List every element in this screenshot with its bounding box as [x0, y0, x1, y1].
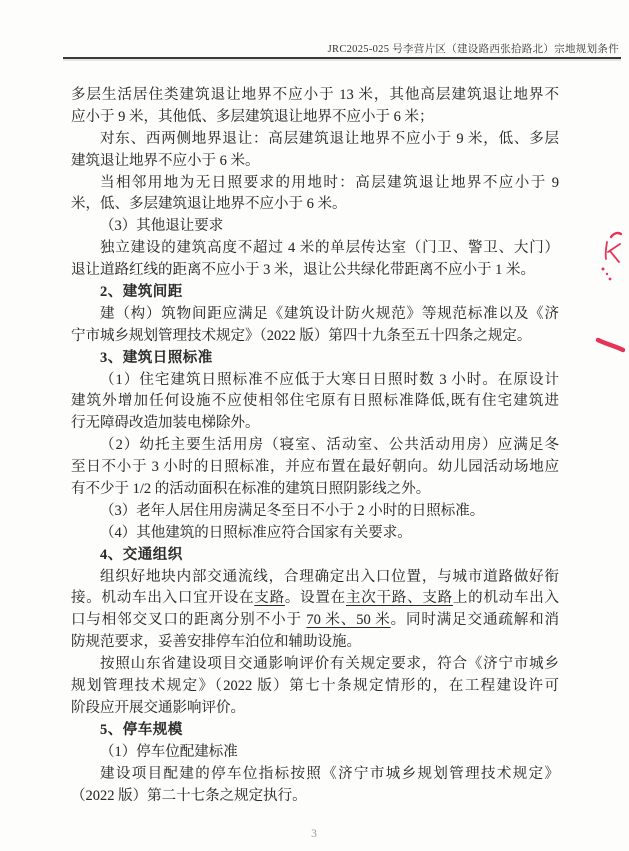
paragraph: 对东、西两侧地界退让：高层建筑退让地界不应小于 9 米，低、多层建筑退让地界不应… — [71, 129, 559, 173]
text-run: 。设置在 — [285, 590, 346, 606]
text-line: 规划管理技术规定》（2022 版）第七十条规定情形的，在工程建设许可 — [71, 676, 559, 698]
text-line: 独立建设的建筑高度不超过 4 米的单层传达室（门卫、警卫、大门） — [71, 238, 559, 260]
text-run: （1）停车位配建标准 — [100, 744, 238, 760]
text-line: （1）住宅建筑日照标准不应低于大寒日日照时数 3 小时。在原设计 — [71, 370, 559, 392]
text-line: （2022 版）第二十七条之规定执行。 — [71, 786, 559, 808]
text-run: 至日不小于 3 小时的日照标准，并应布置在最好朝向。幼儿园活动场地应 — [71, 459, 559, 475]
text-line: （2）幼托主要生活用房（寝室、活动室、公共活动用房）应满足冬 — [71, 435, 559, 457]
text-line: 3、建筑日照标准 — [71, 348, 559, 370]
section-heading: 5、停车规模 — [71, 720, 559, 742]
text-run: （3）老年人居住用房满足冬至日不小于 2 小时的日照标准。 — [100, 503, 484, 519]
paragraph: （2）幼托主要生活用房（寝室、活动室、公共活动用房）应满足冬至日不小于 3 小时… — [71, 435, 559, 501]
text-line: 阶段应开展交通影响评价。 — [71, 698, 559, 720]
document-page: JRC2025-025 号李营片区（建设路西张拾路北）宗地规划条件 多层生活居住… — [0, 0, 629, 851]
text-line: 宁市城乡规划管理技术规定》（2022 版）第四十九条至五十四条之规定。 — [71, 326, 559, 348]
text-run: 5、停车规模 — [100, 722, 183, 738]
text-run: 口与相邻交叉口的距离分别不小于 — [71, 612, 306, 628]
paragraph: （1）住宅建筑日照标准不应低于大寒日日照时数 3 小时。在原设计建筑外增加任何设… — [71, 370, 559, 436]
page-footer: 3 — [0, 828, 629, 840]
text-line: 应小于 9 米，其他低、多层建筑退让地界不应小于 6 米； — [71, 107, 559, 129]
text-run: 应小于 9 米，其他低、多层建筑退让地界不应小于 6 米； — [71, 109, 434, 125]
text-line: 按照山东省建设项目交通影响评价有关规定要求，符合《济宁市城乡 — [71, 654, 559, 676]
text-line: 行无障碍改造加装电梯除外。 — [71, 413, 559, 435]
text-line: 当相邻用地为无日照要求的用地时：高层建筑退让地界不应小于 9 — [71, 173, 559, 195]
text-run: 阶段应开展交通影响评价。 — [71, 700, 245, 716]
text-line: （1）停车位配建标准 — [71, 742, 559, 764]
underlined-text: 主次干路、支路 — [346, 590, 453, 606]
paragraph: 建（构）筑物间距应满足《建筑设计防火规范》等规范标准以及《济宁市城乡规划管理技术… — [71, 304, 559, 348]
text-run: 组织好地块内部交通流线，合理确定出入口位置，与城市道路做好衔 — [100, 569, 559, 585]
paragraph: （3）老年人居住用房满足冬至日不小于 2 小时的日照标准。 — [71, 501, 559, 523]
document-body: 多层生活居住类建筑退让地界不应小于 13 米，其他高层建筑退让地界不应小于 9 … — [71, 85, 559, 807]
paragraph: （3）其他退让要求 — [71, 216, 559, 238]
text-line: 建设项目配建的停车位指标按照《济宁市城乡规划管理技术规定》 — [71, 764, 559, 786]
text-line: （3）其他退让要求 — [71, 216, 559, 238]
text-line: 对东、西两侧地界退让：高层建筑退让地界不应小于 9 米，低、多层 — [71, 129, 559, 151]
text-run: 2、建筑间距 — [100, 284, 183, 300]
text-line: 5、停车规模 — [71, 720, 559, 742]
text-run: 按照山东省建设项目交通影响评价有关规定要求，符合《济宁市城乡 — [100, 656, 559, 672]
text-run: （2）幼托主要生活用房（寝室、活动室、公共活动用房）应满足冬 — [100, 437, 559, 453]
section-heading: 3、建筑日照标准 — [71, 348, 559, 370]
page-number: 3 — [311, 828, 318, 840]
text-run: 当相邻用地为无日照要求的用地时：高层建筑退让地界不应小于 9 — [100, 175, 559, 191]
underlined-text: 70 米、50 米 — [306, 612, 390, 628]
text-line: 口与相邻交叉口的距离分别不小于 70 米、50 米。同时满足交通疏解和消 — [71, 610, 559, 632]
text-run: 建设项目配建的停车位指标按照《济宁市城乡规划管理技术规定》 — [100, 766, 559, 782]
text-run: 防规范要求，妥善安排停车泊位和辅助设施。 — [71, 634, 361, 650]
text-run: 接。机动车出入口宜开设在 — [71, 590, 254, 606]
text-run: （2022 版）第二十七条之规定执行。 — [71, 788, 307, 804]
text-run: 行无障碍改造加装电梯除外。 — [71, 415, 260, 431]
text-run: （4）其他建筑的日照标准应符合国家有关要求。 — [100, 525, 412, 541]
text-run: 建筑退让地界不应小于 6 米。 — [71, 153, 260, 169]
text-run: 多层生活居住类建筑退让地界不应小于 13 米，其他高层建筑退让地界不 — [71, 87, 559, 103]
section-heading: 2、建筑间距 — [71, 282, 559, 304]
paragraph: 当相邻用地为无日照要求的用地时：高层建筑退让地界不应小于 9米，低、多层建筑退让… — [71, 173, 559, 217]
section-heading: 4、交通组织 — [71, 545, 559, 567]
header-title: JRC2025-025 号李营片区（建设路西张拾路北）宗地规划条件 — [328, 41, 619, 56]
text-run: 上的机动车出入 — [453, 590, 559, 606]
text-line: 多层生活居住类建筑退让地界不应小于 13 米，其他高层建筑退让地界不 — [71, 85, 559, 107]
text-run: 3、建筑日照标准 — [100, 350, 213, 366]
text-run: 规划管理技术规定》（2022 版）第七十条规定情形的，在工程建设许可 — [71, 678, 559, 694]
text-line: 4、交通组织 — [71, 545, 559, 567]
paragraph: 按照山东省建设项目交通影响评价有关规定要求，符合《济宁市城乡规划管理技术规定》（… — [71, 654, 559, 720]
paragraph: 多层生活居住类建筑退让地界不应小于 13 米，其他高层建筑退让地界不应小于 9 … — [71, 85, 559, 129]
text-line: 2、建筑间距 — [71, 282, 559, 304]
text-line: 米，低、多层建筑退让地界不应小于 6 米。 — [71, 194, 559, 216]
text-run: 有不少于 1/2 的活动面积在标准的建筑日照阴影线之外。 — [71, 481, 430, 497]
underlined-text: 支路 — [254, 590, 285, 606]
paragraph: （4）其他建筑的日照标准应符合国家有关要求。 — [71, 523, 559, 545]
text-line: （3）老年人居住用房满足冬至日不小于 2 小时的日照标准。 — [71, 501, 559, 523]
text-run: （1）住宅建筑日照标准不应低于大寒日日照时数 3 小时。在原设计 — [100, 372, 559, 388]
text-run: 4、交通组织 — [100, 547, 183, 563]
paragraph: （1）停车位配建标准 — [71, 742, 559, 764]
text-line: 至日不小于 3 小时的日照标准，并应布置在最好朝向。幼儿园活动场地应 — [71, 457, 559, 479]
header-rule — [63, 57, 621, 59]
text-line: 建筑退让地界不应小于 6 米。 — [71, 151, 559, 173]
text-line: 组织好地块内部交通流线，合理确定出入口位置，与城市道路做好衔 — [71, 567, 559, 589]
text-line: 建（构）筑物间距应满足《建筑设计防火规范》等规范标准以及《济 — [71, 304, 559, 326]
text-run: 建（构）筑物间距应满足《建筑设计防火规范》等规范标准以及《济 — [100, 306, 559, 322]
text-line: 建筑外增加任何设施不应使相邻住宅原有日照标准降低,既有住宅建筑进 — [71, 391, 559, 413]
text-run: 米，低、多层建筑退让地界不应小于 6 米。 — [71, 196, 347, 212]
text-run: 对东、西两侧地界退让：高层建筑退让地界不应小于 9 米，低、多层 — [100, 131, 559, 147]
text-run: （3）其他退让要求 — [100, 218, 223, 234]
text-run: 退让道路红线的距离不应小于 3 米，退让公共绿化带距离不应小于 1 米。 — [71, 262, 535, 278]
text-line: 退让道路红线的距离不应小于 3 米，退让公共绿化带距离不应小于 1 米。 — [71, 260, 559, 282]
paragraph: 独立建设的建筑高度不超过 4 米的单层传达室（门卫、警卫、大门）退让道路红线的距… — [71, 238, 559, 282]
text-run: 。同时满足交通疏解和消 — [391, 612, 559, 628]
text-line: （4）其他建筑的日照标准应符合国家有关要求。 — [71, 523, 559, 545]
text-run: 宁市城乡规划管理技术规定》（2022 版）第四十九条至五十四条之规定。 — [71, 328, 531, 344]
text-run: 独立建设的建筑高度不超过 4 米的单层传达室（门卫、警卫、大门） — [100, 240, 559, 256]
text-line: 有不少于 1/2 的活动面积在标准的建筑日照阴影线之外。 — [71, 479, 559, 501]
red-seal-marks-icon — [590, 224, 629, 354]
text-line: 接。机动车出入口宜开设在支路。设置在主次干路、支路上的机动车出入 — [71, 588, 559, 610]
paragraph: 组织好地块内部交通流线，合理确定出入口位置，与城市道路做好衔接。机动车出入口宜开… — [71, 567, 559, 655]
paragraph: 建设项目配建的停车位指标按照《济宁市城乡规划管理技术规定》（2022 版）第二十… — [71, 764, 559, 808]
text-line: 防规范要求，妥善安排停车泊位和辅助设施。 — [71, 632, 559, 654]
text-run: 建筑外增加任何设施不应使相邻住宅原有日照标准降低,既有住宅建筑进 — [71, 393, 559, 409]
